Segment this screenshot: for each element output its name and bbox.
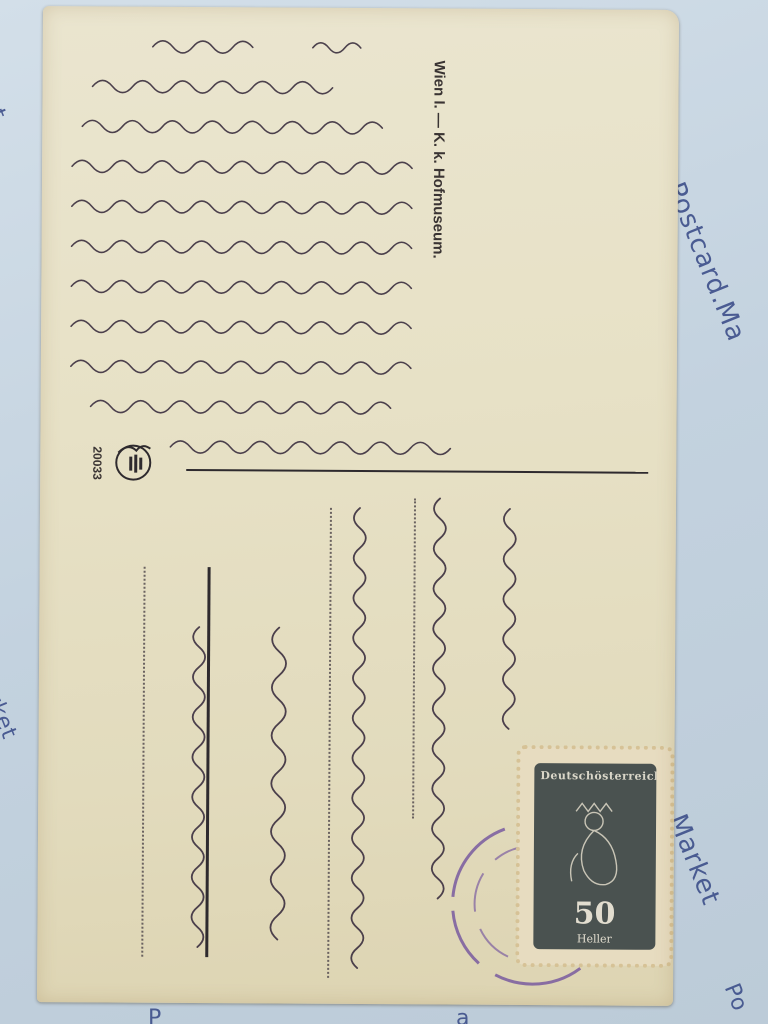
watermark-text: P — [148, 1006, 162, 1024]
handwritten-address — [137, 487, 560, 990]
publisher-imprint: Wien I. — K. k. Hofmuseum. — [424, 60, 456, 360]
address-guide-line — [141, 567, 145, 957]
address-guide-line — [327, 508, 332, 978]
address-guide-line — [412, 498, 416, 818]
postcard: Wien I. — K. k. Hofmuseum. 20033 — [37, 6, 679, 1006]
serial-number-text: 20033 — [90, 446, 104, 479]
publisher-logo-icon — [112, 438, 154, 482]
stamp-value: 50 — [533, 896, 655, 932]
stamp-design: Deutschösterreich 50 Heller — [533, 763, 656, 950]
message-divider — [186, 469, 648, 474]
publisher-text: Wien I. — K. k. Hofmuseum. — [430, 60, 448, 258]
handwritten-message — [50, 16, 653, 470]
destination-underline — [205, 567, 210, 957]
watermark-text: a — [456, 1006, 470, 1024]
stamp-unit: Heller — [533, 932, 655, 946]
allegorical-figure-icon — [556, 793, 633, 893]
stamp-country: Deutschösterreich — [540, 769, 650, 783]
postage-stamp: Deutschösterreich 50 Heller — [521, 751, 668, 962]
